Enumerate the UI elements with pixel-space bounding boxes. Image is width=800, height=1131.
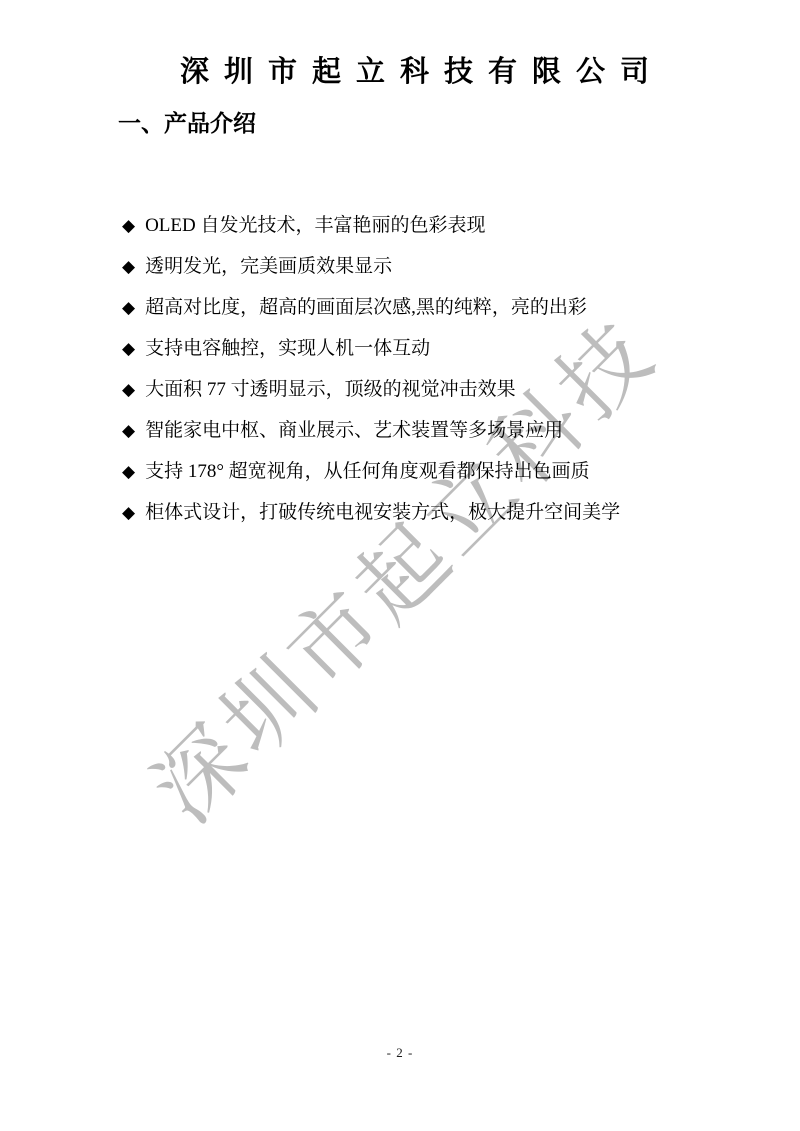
feature-text: 支持电容触控，实现人机一体互动 (145, 339, 430, 358)
feature-text: 支持 178° 超宽视角，从任何角度观看都保持出色画质 (145, 462, 590, 481)
section-heading: 一、产品介绍 (0, 110, 800, 136)
feature-text: 大面积 77 寸透明显示，顶级的视觉冲击效果 (145, 380, 516, 399)
feature-item: ◆ 智能家电中枢、商业展示、艺术装置等多场景应用 (0, 410, 800, 451)
feature-item: ◆ 支持电容触控，实现人机一体互动 (0, 328, 800, 369)
diamond-bullet-icon: ◆ (122, 217, 135, 234)
feature-text: 超高对比度，超高的画面层次感,黑的纯粹，亮的出彩 (145, 298, 587, 317)
diamond-bullet-icon: ◆ (122, 299, 135, 316)
diamond-bullet-icon: ◆ (122, 504, 135, 521)
diamond-bullet-icon: ◆ (122, 258, 135, 275)
feature-item: ◆ OLED 自发光技术，丰富艳丽的色彩表现 (0, 205, 800, 246)
feature-text: 智能家电中枢、商业展示、艺术装置等多场景应用 (145, 421, 563, 440)
feature-item: ◆ 大面积 77 寸透明显示，顶级的视觉冲击效果 (0, 369, 800, 410)
feature-text: 柜体式设计，打破传统电视安装方式，极大提升空间美学 (145, 503, 620, 522)
feature-text: 透明发光，完美画质效果显示 (145, 257, 392, 276)
feature-list: ◆ OLED 自发光技术，丰富艳丽的色彩表现 ◆ 透明发光，完美画质效果显示 ◆… (0, 205, 800, 533)
feature-text: OLED 自发光技术，丰富艳丽的色彩表现 (145, 216, 485, 235)
feature-item: ◆ 透明发光，完美画质效果显示 (0, 246, 800, 287)
document-page: 深圳市起立科技 深圳市起立科技有限公司 一、产品介绍 ◆ OLED 自发光技术，… (0, 0, 800, 1131)
company-title: 深圳市起立科技有限公司 (0, 0, 800, 89)
feature-item: ◆ 支持 178° 超宽视角，从任何角度观看都保持出色画质 (0, 451, 800, 492)
diamond-bullet-icon: ◆ (122, 340, 135, 357)
feature-item: ◆ 柜体式设计，打破传统电视安装方式，极大提升空间美学 (0, 492, 800, 533)
diamond-bullet-icon: ◆ (122, 463, 135, 480)
page-number: - 2 - (0, 1045, 800, 1061)
feature-item: ◆ 超高对比度，超高的画面层次感,黑的纯粹，亮的出彩 (0, 287, 800, 328)
diamond-bullet-icon: ◆ (122, 381, 135, 398)
document-content: 深圳市起立科技有限公司 一、产品介绍 ◆ OLED 自发光技术，丰富艳丽的色彩表… (0, 0, 800, 533)
diamond-bullet-icon: ◆ (122, 422, 135, 439)
